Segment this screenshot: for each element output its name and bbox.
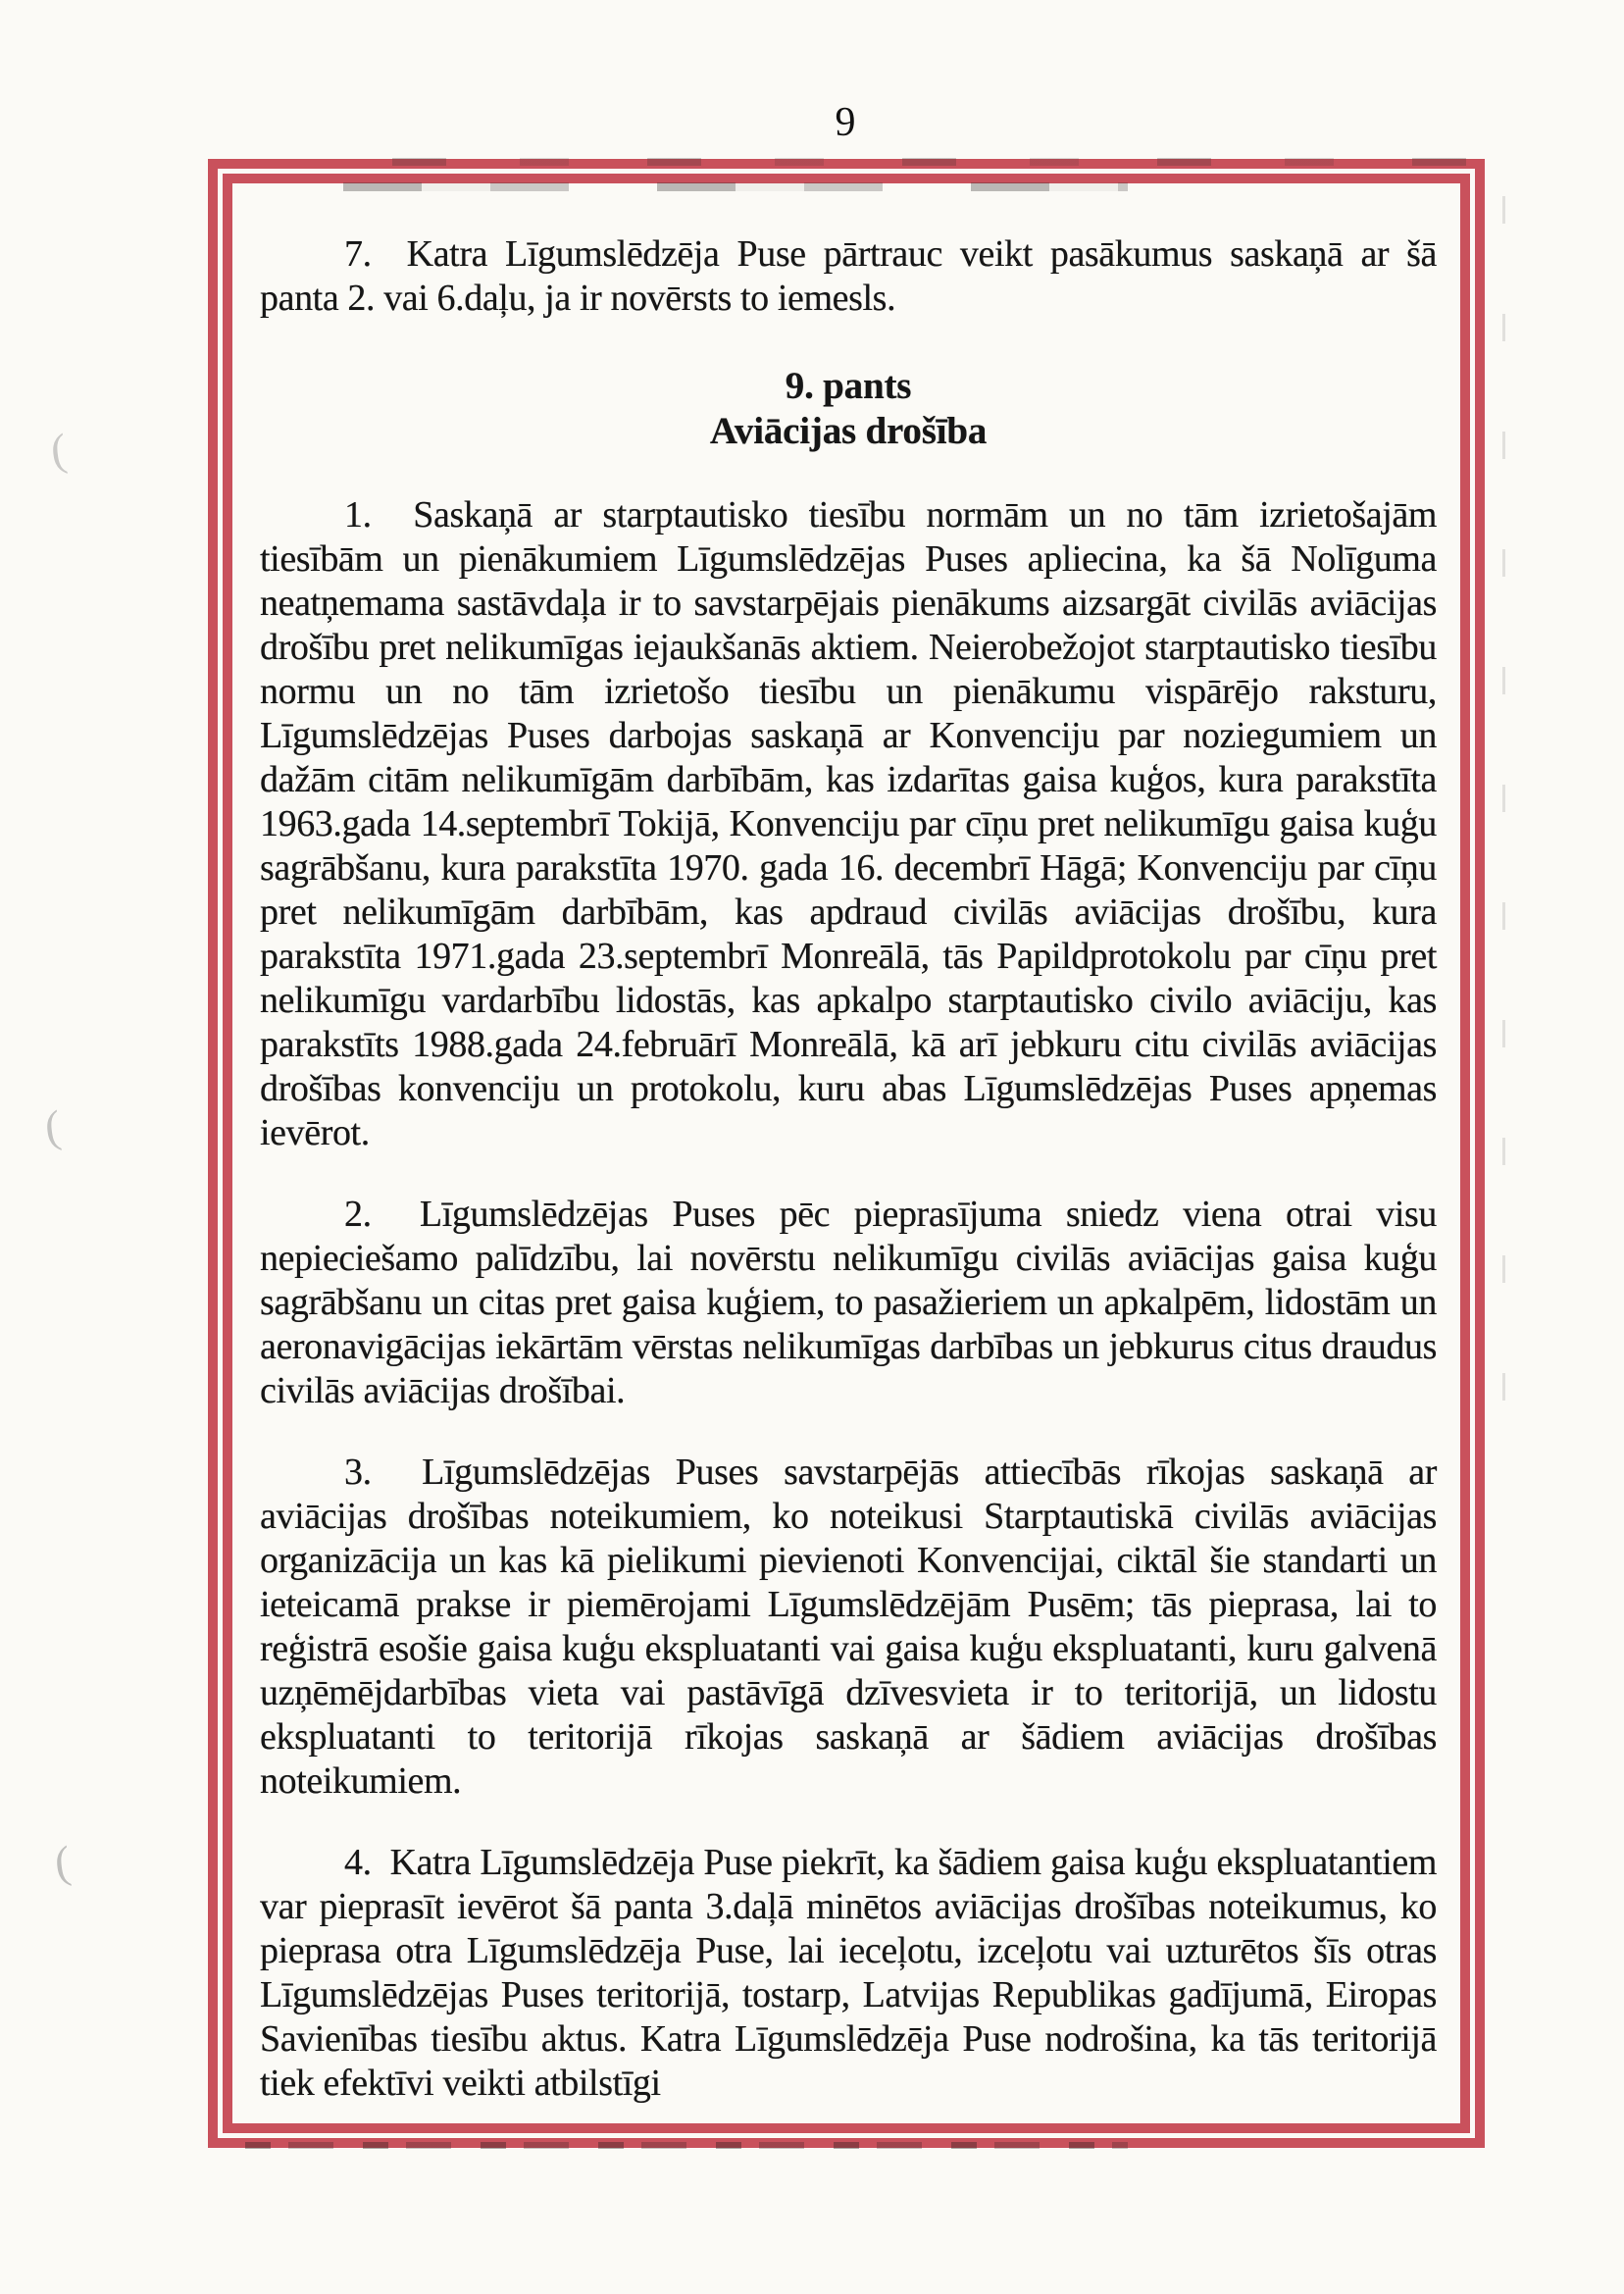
paragraph-4: 4. Katra Līgumslēdzēja Puse piekrīt, ka …: [260, 1841, 1437, 2106]
article-heading-title: Aviācijas drošība: [260, 409, 1437, 454]
scanned-document-page: { "page": { "number": "9" }, "colors": {…: [0, 0, 1624, 2294]
paragraph-7: 7. Katra Līgumslēdzēja Puse pārtrauc vei…: [260, 232, 1437, 321]
scan-artifact-mark: (: [42, 1103, 63, 1150]
document-border-frame: 7. Katra Līgumslēdzēja Puse pārtrauc vei…: [208, 159, 1485, 2148]
article-heading: 9. pants Aviācijas drošība: [260, 364, 1437, 454]
page-number: 9: [796, 102, 894, 143]
paragraph-3: 3. Līgumslēdzējas Puses savstarpējās att…: [260, 1451, 1437, 1804]
scan-artifact-mark: (: [52, 1839, 73, 1886]
document-border-frame-inner: 7. Katra Līgumslēdzēja Puse pārtrauc vei…: [223, 174, 1470, 2133]
article-heading-number: 9. pants: [260, 364, 1437, 409]
document-content: 7. Katra Līgumslēdzēja Puse pārtrauc vei…: [232, 183, 1460, 2123]
scan-noise-right: [1502, 196, 1505, 1432]
paragraph-1: 1. Saskaņā ar starptautisko tiesību norm…: [260, 493, 1437, 1155]
paragraph-2: 2. Līgumslēdzējas Puses pēc pieprasījuma…: [260, 1193, 1437, 1413]
scan-artifact-mark: (: [48, 427, 69, 474]
